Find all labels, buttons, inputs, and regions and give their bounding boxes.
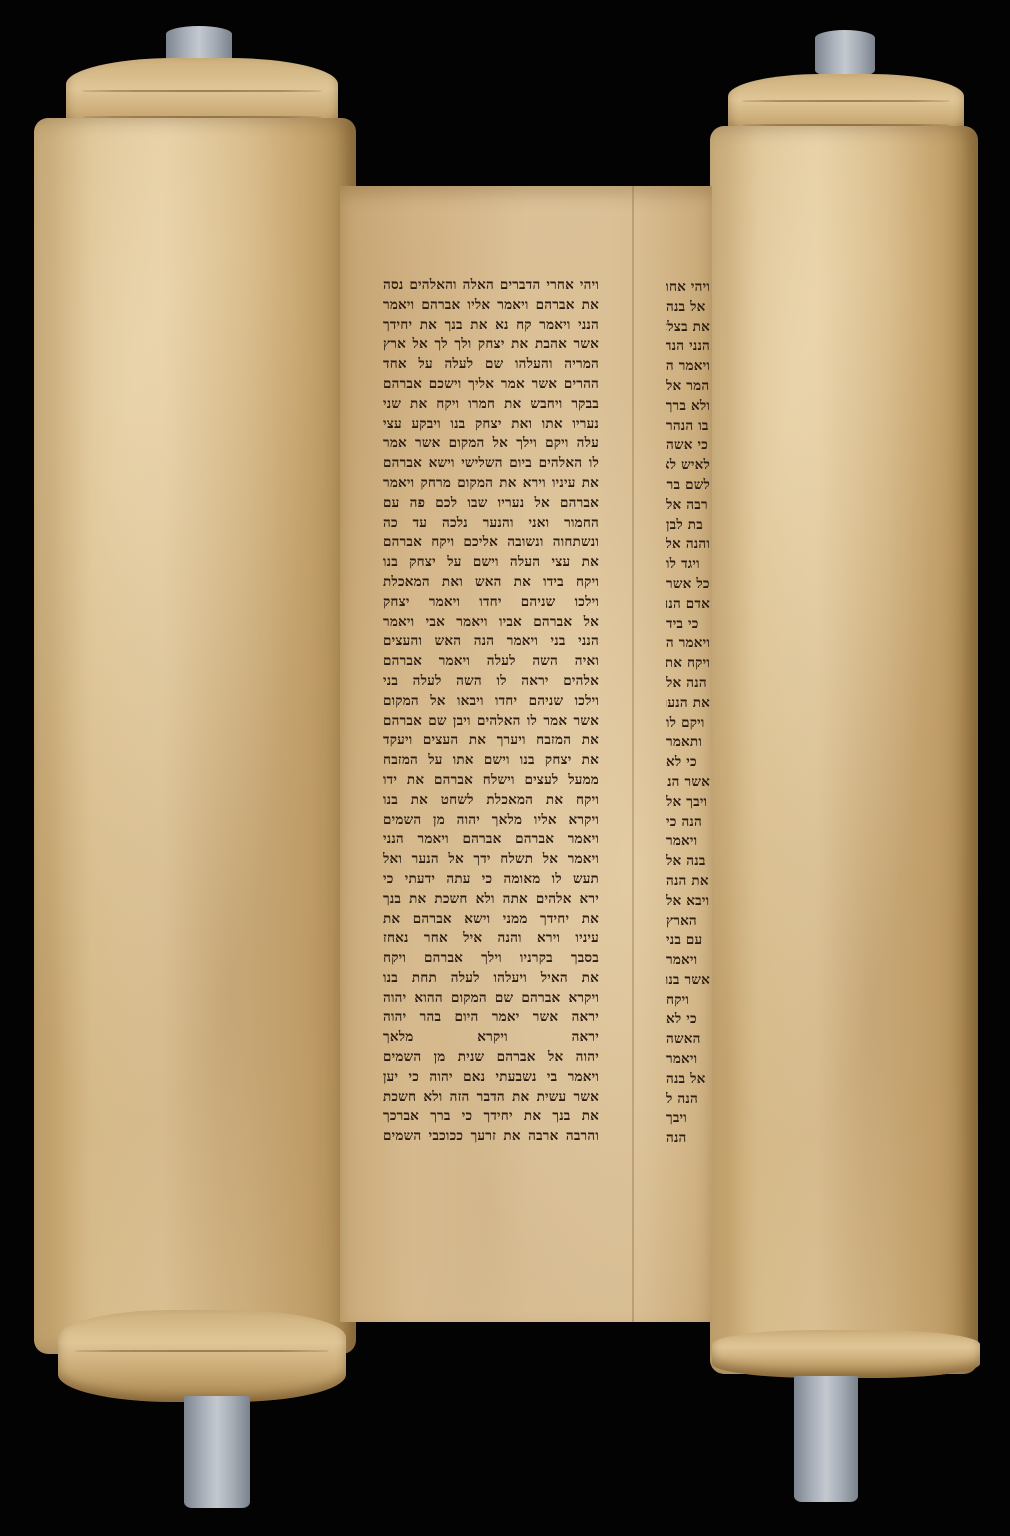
text-line: ויקח את המאכלת לשחט את בנו — [383, 791, 599, 811]
text-line: לו האלהים ביום השלישי וישא אברהם — [383, 454, 599, 474]
text-line: תעש לו מאומה כי עתה ידעתי כי — [383, 870, 599, 890]
text-line: ויהי אחר — [666, 278, 710, 298]
text-line: ויאמר אל תשלח ידך אל הנער ואל — [383, 850, 599, 870]
left-roll-bottom-cap — [58, 1310, 346, 1402]
text-line: ויאמר בי נשבעתי נאם יהוה כי יען — [383, 1068, 599, 1088]
text-line: את יחידך ממני וישא אברהם את — [383, 910, 599, 930]
text-line: לשם ברך — [666, 476, 710, 496]
text-line: כי ביד — [666, 615, 710, 635]
text-line: ויאמר אברהם אברהם ויאמר הנני — [383, 830, 599, 850]
text-line: ונשתחוה ונשובה אליכם ויקח אברהם — [383, 533, 599, 553]
text-line: כי לא — [666, 1010, 710, 1030]
text-line: הארץ — [666, 912, 710, 932]
text-line: הנה אל — [666, 674, 710, 694]
text-line: המריה והעלהו שם לעלה על אחד — [383, 355, 599, 375]
text-line: ירא אלהים אתה ולא חשכת את בנך — [383, 890, 599, 910]
text-line: ויאמר — [666, 1050, 710, 1070]
text-line: המר אל — [666, 377, 710, 397]
text-line: הנה כי — [666, 813, 710, 833]
text-line: בנה אל — [666, 852, 710, 872]
text-line: אדם הנה — [666, 595, 710, 615]
text-line: את אברהם ויאמר אליו אברהם ויאמר — [383, 296, 599, 316]
text-line: לאיש לא — [666, 456, 710, 476]
text-line: ויגד לו — [666, 555, 710, 575]
text-line: כי אשה — [666, 436, 710, 456]
text-line: הנני ויאמר קח נא את בנך את יחידך — [383, 316, 599, 336]
right-roll — [710, 126, 978, 1374]
text-line: ויבא אל — [666, 892, 710, 912]
text-line: אשר בנו — [666, 971, 710, 991]
text-line: ויהי אחרי הדברים האלה והאלהים נסה — [383, 276, 599, 296]
left-roll-bottom-rod — [184, 1396, 250, 1508]
text-line: כי לא — [666, 753, 710, 773]
text-line: עיניו וירא והנה איל אחר נאחז — [383, 929, 599, 949]
text-line: ויבך אל — [666, 793, 710, 813]
text-line: אלהים יראה לו השה לעלה בני — [383, 672, 599, 692]
text-line: יראה אשר יאמר היום בהר יהוה — [383, 1008, 599, 1028]
text-line: את יצחק בנו וישם אתו על המזבח — [383, 751, 599, 771]
text-line: את האיל ויעלהו לעלה תחת בנו — [383, 969, 599, 989]
text-line: והנה אל — [666, 535, 710, 555]
text-line: את הנה — [666, 872, 710, 892]
text-line: אשר הנה — [666, 773, 710, 793]
text-line: רבה אל — [666, 496, 710, 516]
side-text-column: ויהי אחר אל בנה את בצלא הנני הנה ויאמר ה… — [666, 278, 710, 1149]
text-line: בבקר ויחבש את חמרו ויקח את שני — [383, 395, 599, 415]
text-line: ההרים אשר אמר אליך וישכם אברהם — [383, 375, 599, 395]
sheet-seam — [632, 186, 634, 1322]
text-line: את עצי העלה וישם על יצחק בנו — [383, 553, 599, 573]
text-line: ויבך — [666, 1109, 710, 1129]
left-roll — [34, 118, 356, 1354]
text-line: כל אשר — [666, 575, 710, 595]
text-line: את עיניו וירא את המקום מרחק ויאמר — [383, 474, 599, 494]
right-roll-top-rod — [815, 30, 875, 78]
right-roll-bottom-rod — [794, 1376, 858, 1502]
main-text-column: ויהי אחרי הדברים האלה והאלהים נסה את אבר… — [383, 276, 599, 1147]
text-line: האשה — [666, 1030, 710, 1050]
text-line: ויקרא אליו מלאך יהוה מן השמים — [383, 811, 599, 831]
text-line: הנה ל — [666, 1090, 710, 1110]
text-line: נעריו אתו ואת יצחק בנו ויבקע עצי — [383, 415, 599, 435]
text-line: החמור ואני והנער נלכה עד כה — [383, 514, 599, 534]
text-line: ואיה השה לעלה ויאמר אברהם — [383, 652, 599, 672]
text-line: את המזבח ויערך את העצים ויעקד — [383, 731, 599, 751]
text-line: ותאמר — [666, 733, 710, 753]
text-line: יראה ויקרא מלאך — [383, 1028, 599, 1048]
text-line: יהוה אל אברהם שנית מן השמים — [383, 1048, 599, 1068]
text-line: עלה ויקם וילך אל המקום אשר אמר — [383, 434, 599, 454]
right-roll-bottom-cap — [712, 1330, 980, 1378]
text-line: אל בנה — [666, 1070, 710, 1090]
text-line: אשר עשית את הדבר הזה ולא חשכת — [383, 1088, 599, 1108]
text-line: ממעל לעצים וישלח אברהם את ידו — [383, 771, 599, 791]
text-line: הנני בני ויאמר הנה האש והעצים — [383, 632, 599, 652]
text-line: הנה — [666, 1129, 710, 1149]
text-line: אברהם אל נעריו שבו לכם פה עם — [383, 494, 599, 514]
text-line: אשר אהבת את יצחק ולך לך אל ארץ — [383, 335, 599, 355]
text-line: ויאמר — [666, 951, 710, 971]
black-backdrop: ויהי אחרי הדברים האלה והאלהים נסה את אבר… — [0, 0, 1010, 1536]
text-line: אל אברהם אביו ויאמר אבי ויאמר — [383, 613, 599, 633]
text-line: והרבה ארבה את זרעך ככוכבי השמים — [383, 1127, 599, 1147]
text-line: ויקח את — [666, 654, 710, 674]
text-line: ויקם לו — [666, 714, 710, 734]
text-line: את בצלא — [666, 318, 710, 338]
text-line: ויאמר הי — [666, 357, 710, 377]
text-line: ויאמר הנ — [666, 634, 710, 654]
text-line: וילכו שניהם יחדו ויאמר יצחק — [383, 593, 599, 613]
text-line: בסבך בקרניו וילך אברהם ויקח — [383, 949, 599, 969]
text-line: ויקח — [666, 991, 710, 1011]
text-line: ויקרא אברהם שם המקום ההוא יהוה — [383, 989, 599, 1009]
text-line: ולא ברך — [666, 397, 710, 417]
text-line: בת לבן — [666, 516, 710, 536]
text-line: עם בני — [666, 931, 710, 951]
text-line: את בנך את יחידך כי ברך אברכך — [383, 1107, 599, 1127]
text-line: ויאמר — [666, 832, 710, 852]
text-line: ויקח בידו את האש ואת המאכלת — [383, 573, 599, 593]
text-line: אשר אמר לו האלהים ויבן שם אברהם — [383, 712, 599, 732]
text-line: את הנער — [666, 694, 710, 714]
text-line: וילכו שניהם יחדו ויבאו אל המקום — [383, 692, 599, 712]
text-line: בו הנהר — [666, 417, 710, 437]
text-line: הנני הנה — [666, 337, 710, 357]
text-line: אל בנה — [666, 298, 710, 318]
